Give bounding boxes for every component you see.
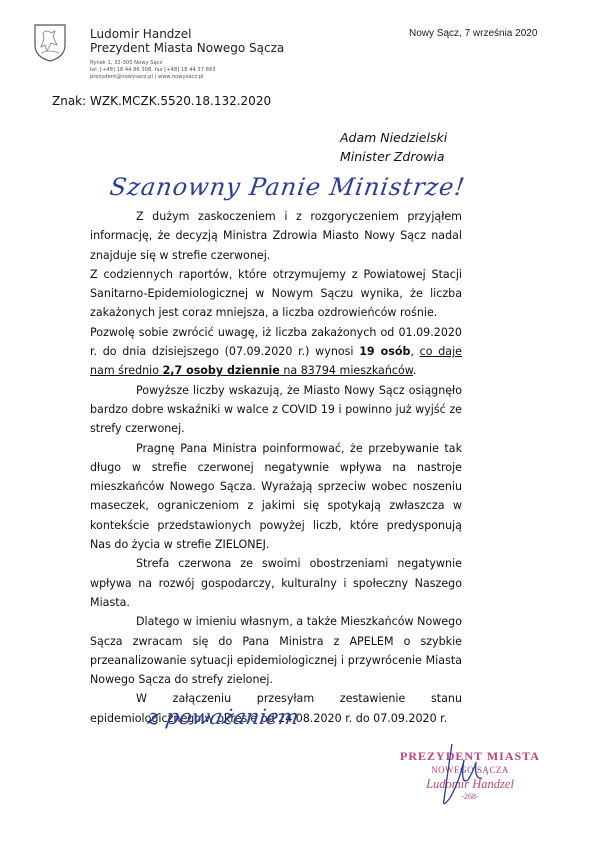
- letter-date: Nowy Sącz, 7 września 2020: [409, 28, 537, 39]
- paragraph-2: Z codziennych raportów, które otrzymujem…: [90, 265, 462, 323]
- sender-address: Rynek 1, 33-300 Nowy Sącz: [90, 60, 284, 67]
- sender-contact: prezydent@nowysacz.pl | www.nowysacz.pl: [90, 74, 284, 81]
- paragraph-6: Strefa czerwona ze swoimi obostrzeniami …: [90, 554, 462, 612]
- paragraph-7: Dlatego w imieniu własnym, a także Miesz…: [90, 612, 462, 689]
- sender-name: Ludomir Handzel: [90, 27, 284, 41]
- infected-count: 19 osób: [359, 345, 410, 358]
- handwritten-closing: z poważaniem: [146, 705, 300, 729]
- city-crest-logo: [33, 23, 67, 63]
- paragraph-1: Z dużym zaskoczeniem i z rozgoryczeniem …: [90, 207, 462, 265]
- letterhead: Ludomir Handzel Prezydent Miasta Nowego …: [90, 27, 284, 81]
- daily-average: 2,7 osoby dziennie: [163, 364, 280, 377]
- population: na 83794 mieszkańców: [280, 364, 413, 377]
- sender-phone: tel. [+48] 18 44 86 308, fax [+48] 18 44…: [90, 67, 284, 74]
- paragraph-3: Pozwolę sobie zwrócić uwagę, iż liczba z…: [90, 323, 462, 381]
- p3-end: .: [413, 364, 417, 377]
- signature-icon: [430, 740, 490, 810]
- handwritten-salutation: Szanowny Panie Ministrze!: [108, 173, 467, 201]
- letter-body: Z dużym zaskoczeniem i z rozgoryczeniem …: [90, 207, 462, 728]
- paragraph-4: Powyższe liczby wskazują, że Miasto Nowy…: [90, 381, 462, 439]
- p3-sep: ,: [410, 345, 419, 358]
- addressee: Adam Niedzielski Minister Zdrowia: [340, 128, 447, 166]
- addressee-position: Minister Zdrowia: [340, 147, 447, 166]
- reference-number: Znak: WZK.MCZK.5520.18.132.2020: [52, 94, 271, 108]
- addressee-name: Adam Niedzielski: [340, 128, 447, 147]
- paragraph-5: Pragnę Pana Ministra poinformować, że pr…: [90, 439, 462, 555]
- sender-title: Prezydent Miasta Nowego Sącza: [90, 41, 284, 55]
